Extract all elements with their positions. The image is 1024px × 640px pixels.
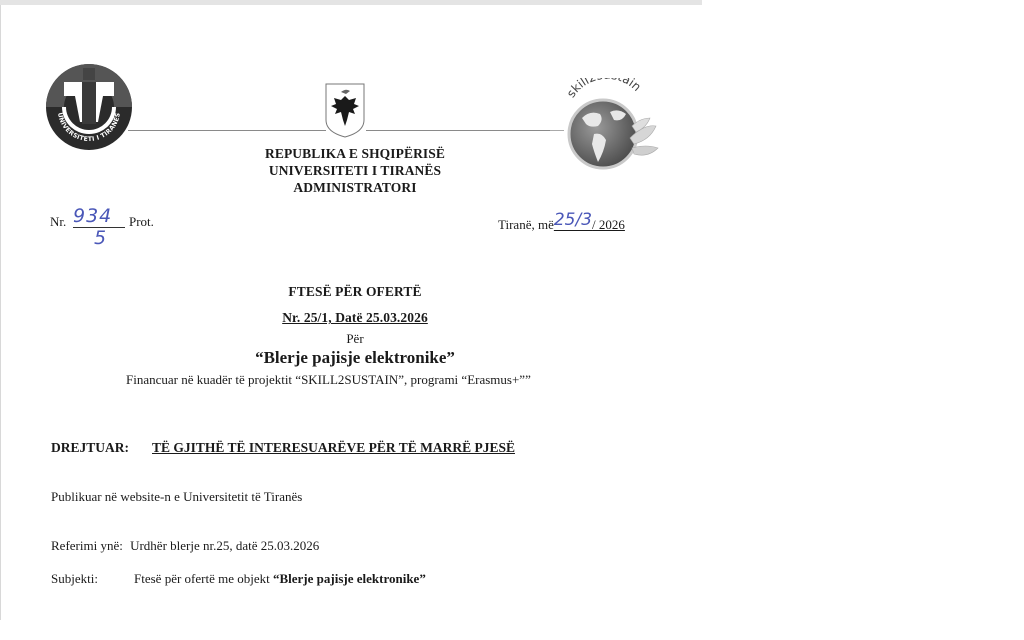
addressee-label: DREJTUAR:	[51, 440, 129, 455]
institution-header: REPUBLIKA E SHQIPËRISË UNIVERSITETI I TI…	[220, 145, 490, 196]
reference-value: Urdhër blerje nr.25, datë 25.03.2026	[130, 538, 319, 553]
country-name: REPUBLIKA E SHQIPËRISË	[220, 145, 490, 162]
subject-line: Subjekti: Ftesë për ofertë me objekt “Bl…	[51, 571, 98, 587]
title-per: Për	[220, 331, 490, 347]
dateline-place: Tiranë, më	[498, 217, 554, 232]
procurement-subject-title: “Blerje pajisje elektronike”	[180, 348, 530, 368]
skill2sustain-logo-icon: skill2sustain	[560, 78, 664, 170]
published-note: Publikuar në website-n e Universitetit t…	[51, 489, 302, 505]
albania-coat-of-arms-icon	[324, 82, 366, 138]
protocol-prefix: Nr.	[50, 214, 66, 229]
protocol-number: Nr. 934 5 Prot.	[50, 214, 66, 230]
reference-line: Referimi ynë: Urdhër blerje nr.25, datë …	[51, 538, 319, 554]
university-of-tirana-logo-icon: UNIVERSITETI I TIRANËS	[44, 62, 134, 152]
protocol-sub-handwritten: 5	[94, 227, 106, 249]
office-name: ADMINISTRATORI	[220, 179, 490, 196]
subject-value-bold: “Blerje pajisje elektronike”	[273, 571, 426, 586]
dateline-year: / 2026	[592, 217, 625, 232]
reference-label: Referimi ynë:	[51, 538, 123, 553]
addressee-value: TË GJITHË TË INTERESUARËVE PËR TË MARRË …	[152, 440, 515, 456]
header-rule	[366, 130, 550, 131]
document-page: UNIVERSITETI I TIRANËS	[0, 0, 1024, 640]
svg-text:skill2sustain: skill2sustain	[564, 78, 644, 100]
document-title: FTESË PËR OFERTË	[220, 283, 490, 300]
document-number-date: Nr. 25/1, Datë 25.03.2026	[220, 309, 490, 326]
dateline: Tiranë, më25/3/ 2026	[498, 214, 625, 234]
subject-value: Ftesë për ofertë me objekt “Blerje pajis…	[134, 571, 426, 587]
financing-note: Financuar në kuadër të projektit “SKILL2…	[126, 372, 531, 388]
addressee-line: DREJTUAR: TË GJITHË TË INTERESUARËVE PËR…	[51, 440, 129, 456]
protocol-suffix: Prot.	[129, 214, 154, 230]
subject-label: Subjekti:	[51, 571, 98, 586]
header-rule	[128, 130, 326, 131]
subject-value-text: Ftesë për ofertë me objekt	[134, 571, 273, 586]
protocol-number-handwritten: 934	[73, 205, 125, 228]
dateline-handwritten-date: 25/3	[554, 210, 592, 230]
university-name: UNIVERSITETI I TIRANËS	[220, 162, 490, 179]
